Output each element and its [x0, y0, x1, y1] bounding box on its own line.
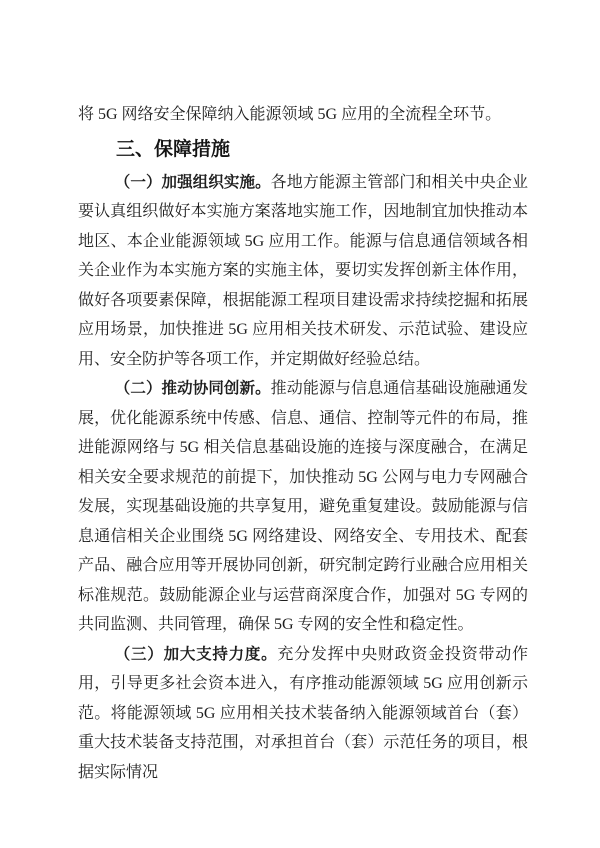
section-heading: 三、保障措施: [78, 135, 528, 165]
paragraph-item-1: （一）加强组织实施。各地方能源主管部门和相关中央企业要认真组织做好本实施方案落地…: [78, 168, 528, 375]
paragraph-lead-1: （一）加强组织实施。: [115, 174, 271, 191]
paragraph-continuation: 将 5G 网络安全保障纳入能源领域 5G 应用的全流程全环节。: [78, 100, 528, 130]
paragraph-lead-3: （三）加大支持力度。: [115, 646, 278, 663]
paragraph-text-1: 各地方能源主管部门和相关中央企业要认真组织做好本实施方案落地实施工作，因地制宜加…: [78, 174, 528, 368]
paragraph-item-3: （三）加大支持力度。充分发挥中央财政资金投资带动作用，引导更多社会资本进入，有序…: [78, 640, 528, 788]
paragraph-item-2: （二）推动协同创新。推动能源与信息通信基础设施融通发展，优化能源系统中传感、信息…: [78, 374, 528, 640]
document-body: 将 5G 网络安全保障纳入能源领域 5G 应用的全流程全环节。 三、保障措施 （…: [78, 100, 528, 787]
paragraph-text-2: 推动能源与信息通信基础设施融通发展，优化能源系统中传感、信息、通信、控制等元件的…: [78, 380, 528, 633]
paragraph-lead-2: （二）推动协同创新。: [115, 380, 271, 397]
document-page: 将 5G 网络安全保障纳入能源领域 5G 应用的全流程全环节。 三、保障措施 （…: [0, 0, 600, 848]
paragraph-text-3: 充分发挥中央财政资金投资带动作用，引导更多社会资本进入，有序推动能源领域 5G …: [78, 646, 528, 781]
